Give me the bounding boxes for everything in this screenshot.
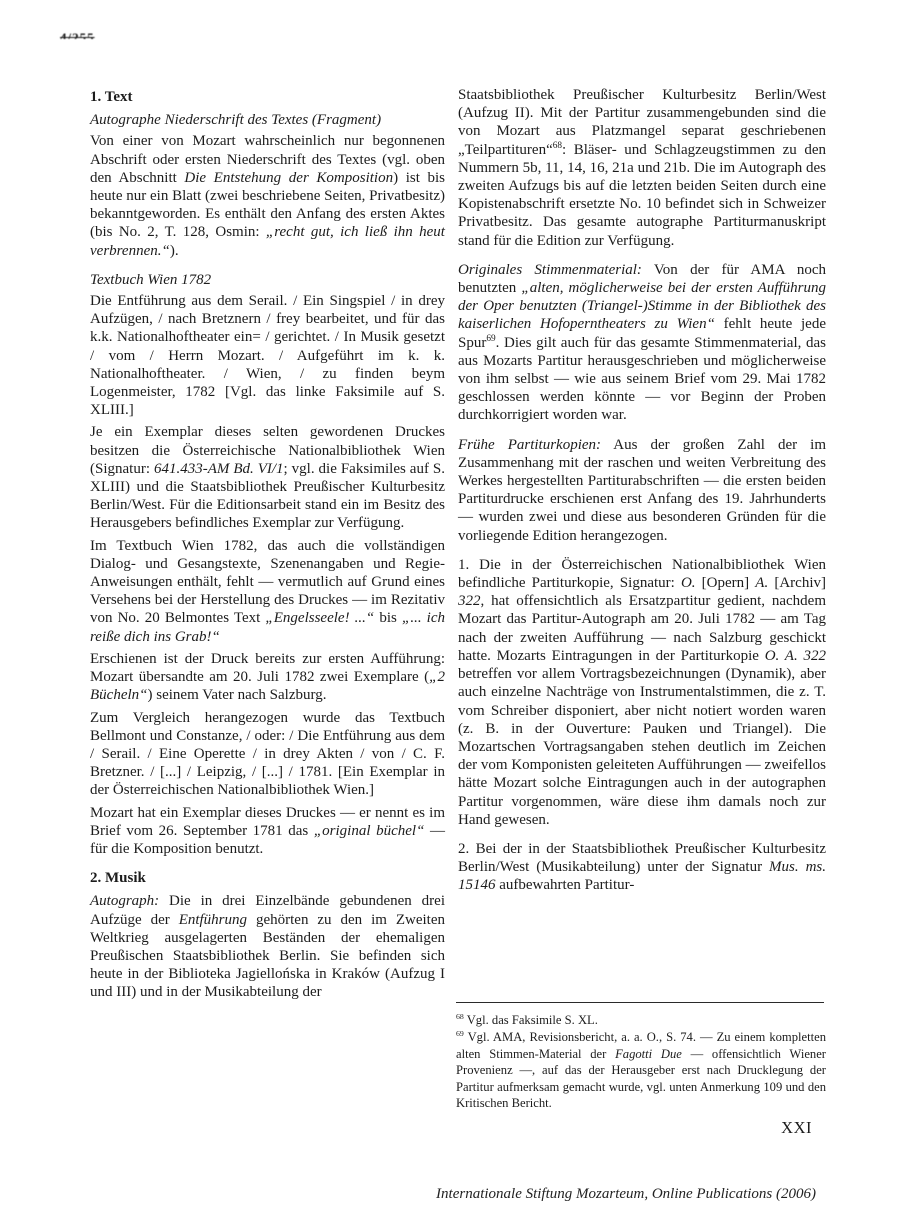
text-run: ) seinem Vater nach Salzburg. <box>148 687 327 703</box>
text-run: Autographe Niederschrift des Textes (Fra… <box>90 112 381 128</box>
text-run: Erschienen ist der Druck bereits zur ers… <box>90 651 445 685</box>
footnote: 68 Vgl. das Faksimile S. XL. <box>456 1012 826 1028</box>
section-heading: 2. Musik <box>90 869 445 887</box>
document-page: 4/255 1. TextAutographe Niederschrift de… <box>0 0 900 1225</box>
text-run: Die Entführung aus dem Serail. / Ein Sin… <box>90 293 445 418</box>
text-run: Vgl. das Faksimile S. XL. <box>464 1013 598 1027</box>
text-run: 641.433-AM Bd. VI/1 <box>154 461 284 477</box>
text-run: . Dies gilt auch für das gesamte Stimmen… <box>458 335 826 424</box>
paragraph: Staatsbibliothek Preußischer Kulturbesit… <box>458 86 826 250</box>
paragraph: Von einer von Mozart wahrscheinlich nur … <box>90 132 445 259</box>
text-run: bis <box>374 610 402 626</box>
text-run: Fagotti Due <box>615 1047 682 1061</box>
paragraph: 1. Die in der Österreichischen Nationalb… <box>458 556 826 829</box>
paragraph: Originales Stimmenmaterial: Von der für … <box>458 261 826 425</box>
paragraph: Autograph: Die in drei Einzelbände gebun… <box>90 892 445 1001</box>
text-run: Entführung <box>179 912 247 928</box>
page-number: XXI <box>781 1118 812 1138</box>
text-run: 1. Text <box>90 89 133 105</box>
text-run: 322 <box>458 593 481 609</box>
text-run: A. <box>755 575 768 591</box>
paragraph: Mozart hat ein Exemplar dieses Druckes —… <box>90 804 445 859</box>
scan-corner-mark: 4/255 <box>60 30 112 39</box>
footnote-ref: 68 <box>553 141 562 151</box>
paragraph: 2. Bei der in der Staatsbibliothek Preuß… <box>458 840 826 895</box>
text-run: aufbewahrten Partitur- <box>496 877 635 893</box>
footnote-ref: 69 <box>456 1029 464 1038</box>
text-run: 2. Musik <box>90 870 146 886</box>
paragraph: Je ein Exemplar dieses selten gewordenen… <box>90 423 445 532</box>
text-run: Zum Vergleich herangezogen wurde das Tex… <box>90 710 445 799</box>
text-run: O. A. 322 <box>765 648 826 664</box>
left-column: 1. TextAutographe Niederschrift des Text… <box>90 88 445 1006</box>
text-run: Die Entstehung der Komposition <box>184 170 393 186</box>
text-run: betreffen vor allem Vortragsbezeichnunge… <box>458 666 826 828</box>
footnote-ref: 69 <box>486 334 495 344</box>
right-column: Staatsbibliothek Preußischer Kulturbesit… <box>458 86 826 899</box>
footnotes: 68 Vgl. das Faksimile S. XL.69 Vgl. AMA,… <box>456 1002 826 1112</box>
text-run: [Archiv] <box>768 575 826 591</box>
text-run: „Engelsseele! ...“ <box>265 610 374 626</box>
subsection-heading: Autographe Niederschrift des Textes (Fra… <box>90 111 445 129</box>
paragraph: Im Textbuch Wien 1782, das auch die voll… <box>90 537 445 646</box>
text-run: ). <box>170 243 179 259</box>
text-run: Frühe Partiturkopien: <box>458 437 601 453</box>
paragraph: Zum Vergleich herangezogen wurde das Tex… <box>90 709 445 800</box>
paragraph: Frühe Partiturkopien: Aus der großen Zah… <box>458 436 826 545</box>
paragraph: Die Entführung aus dem Serail. / Ein Sin… <box>90 292 445 419</box>
paragraph: Erschienen ist der Druck bereits zur ers… <box>90 650 445 705</box>
footnote: 69 Vgl. AMA, Revisionsbericht, a. a. O.,… <box>456 1029 826 1111</box>
text-run: „original büchel“ <box>314 823 425 839</box>
text-run: O. <box>681 575 696 591</box>
subsection-heading: Textbuch Wien 1782 <box>90 271 445 289</box>
section-heading: 1. Text <box>90 88 445 106</box>
text-run: Originales Stimmenmaterial: <box>458 262 642 278</box>
footer-credit: Internationale Stiftung Mozarteum, Onlin… <box>436 1186 816 1203</box>
text-run: Textbuch Wien 1782 <box>90 272 211 288</box>
footnote-separator <box>456 1002 824 1003</box>
text-run: [Opern] <box>696 575 756 591</box>
text-run: Autograph: <box>90 893 159 909</box>
footnote-list: 68 Vgl. das Faksimile S. XL.69 Vgl. AMA,… <box>456 1012 826 1111</box>
footnote-ref: 68 <box>456 1012 464 1021</box>
